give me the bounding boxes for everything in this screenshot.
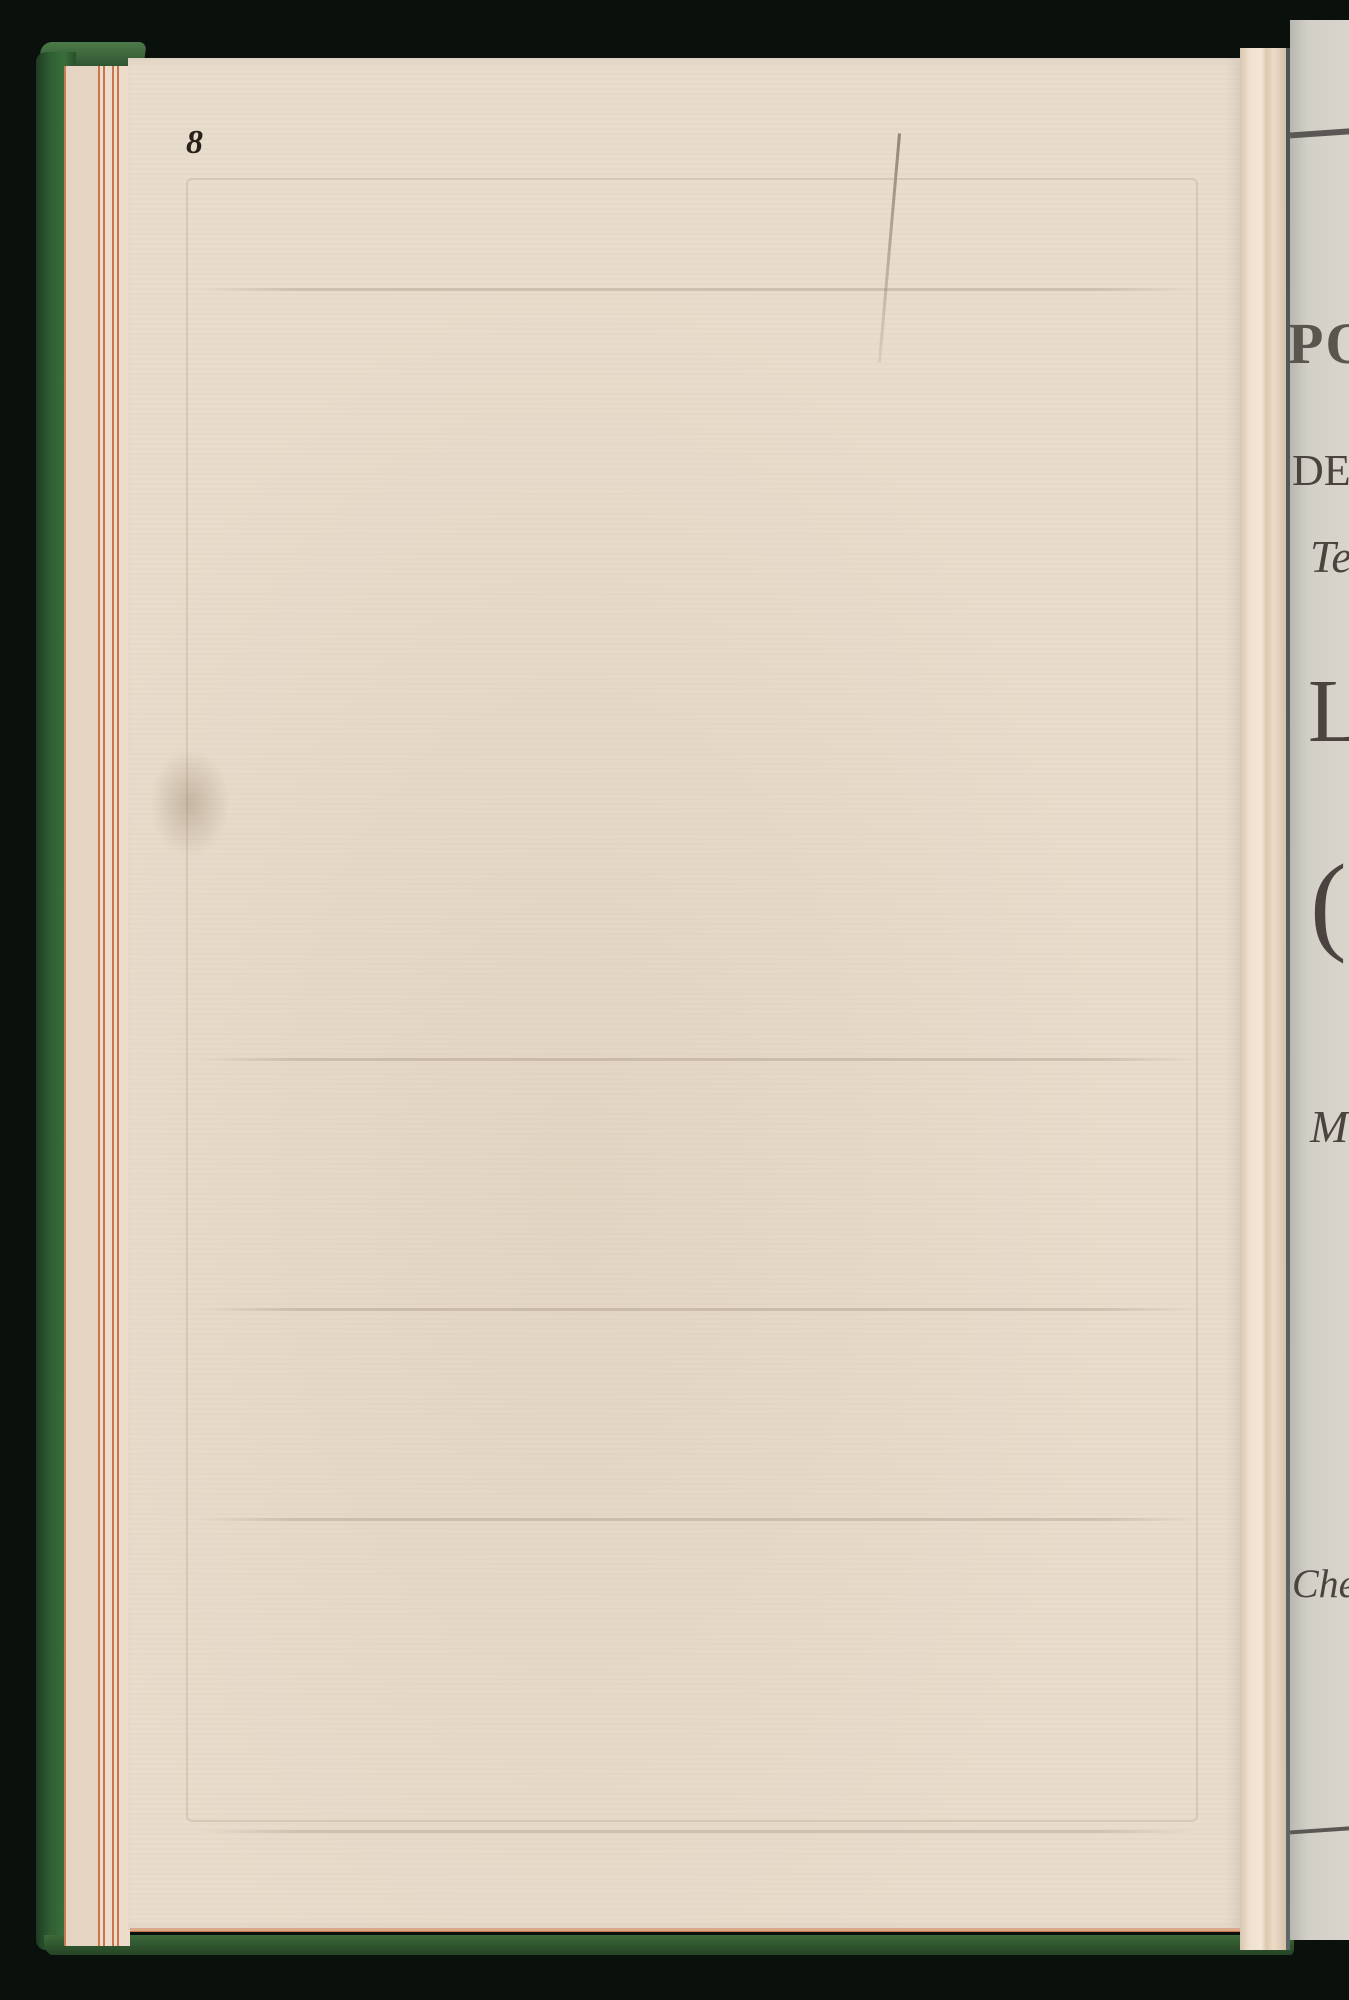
- scan-background: [0, 1955, 1349, 2000]
- gutter: [1240, 48, 1288, 1950]
- show-through-line: [198, 1058, 1198, 1061]
- imprint-fragment: Chez: [1292, 1560, 1349, 1607]
- title-fragment: LA: [1308, 660, 1349, 763]
- show-through-line: [198, 1308, 1198, 1311]
- show-through-line: [198, 288, 1198, 291]
- title-fragment: Ma: [1310, 1100, 1349, 1153]
- title-fragment: (: [1310, 840, 1347, 967]
- book-scan: 8 POTH DE CO Tel q LA ( Ma Chez: [0, 0, 1349, 2000]
- show-through-line: [198, 1830, 1198, 1833]
- title-rule-bottom: [1290, 1826, 1349, 1835]
- offset-smudge: [150, 748, 230, 858]
- page-number: 8: [186, 124, 203, 162]
- title-rule-top: [1290, 128, 1349, 139]
- plate-mark-border: [186, 178, 1198, 1822]
- page-edge-rules: [98, 66, 130, 1946]
- title-fragment: POTH: [1290, 310, 1349, 377]
- left-page: 8: [128, 58, 1240, 1930]
- show-through-line: [198, 1518, 1198, 1521]
- title-fragment: DE CO: [1292, 445, 1349, 496]
- cover-edge-bottom: [44, 1935, 1294, 1957]
- title-fragment: Tel q: [1310, 530, 1349, 583]
- page-edge-bottom-rule: [130, 1928, 1280, 1932]
- facing-title-page: POTH DE CO Tel q LA ( Ma Chez: [1290, 20, 1349, 1940]
